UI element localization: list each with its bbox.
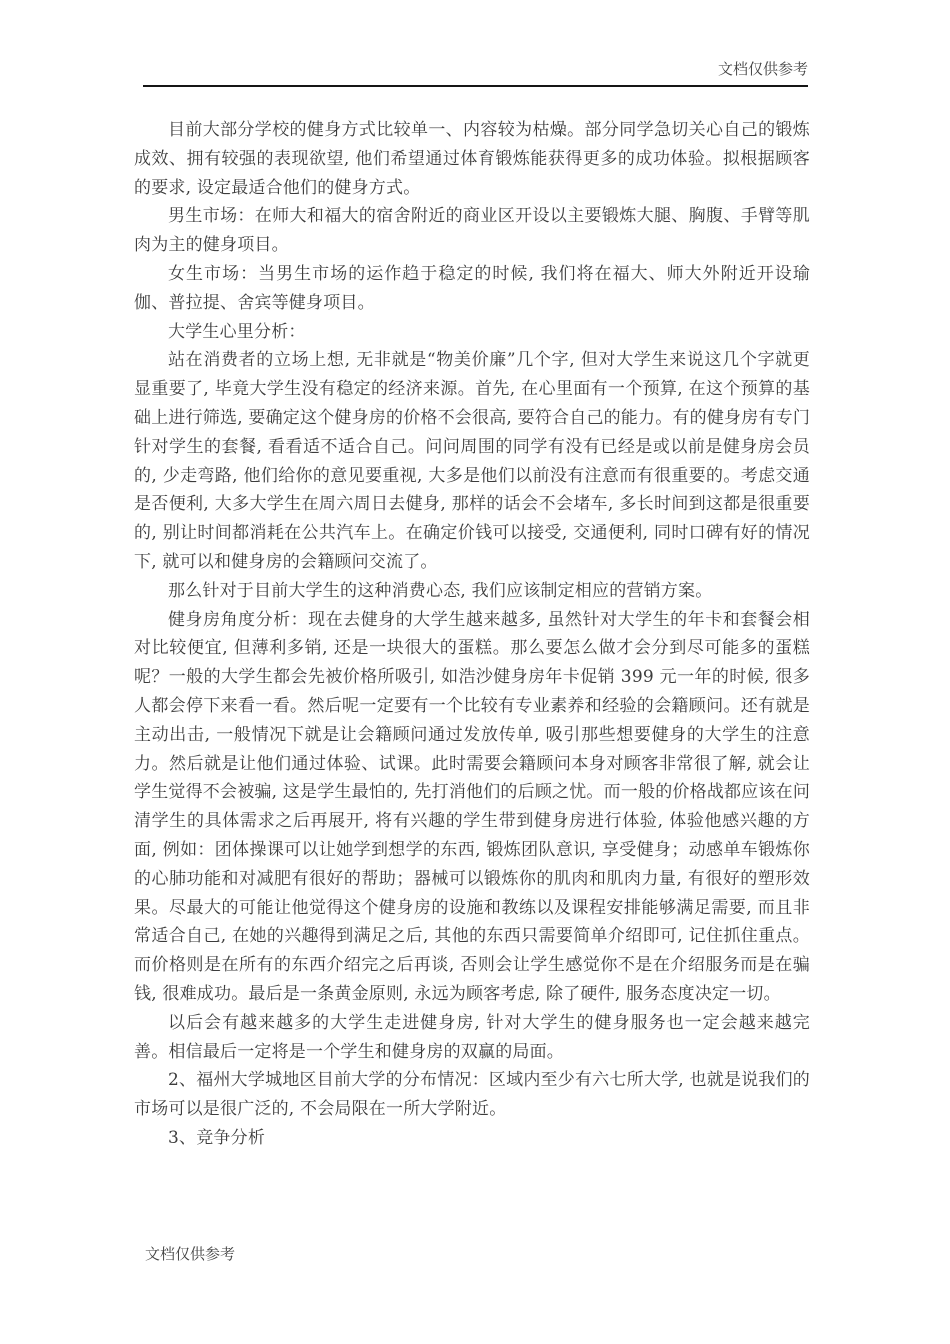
paragraph-student-psychology-heading: 大学生心里分析： (134, 318, 810, 347)
paragraph-competition-analysis-heading: 3、竞争分析 (134, 1124, 810, 1153)
paragraph-intro: 目前大部分学校的健身方式比较单一、内容较为枯燥。部分同学急切关心自己的锻炼成效、… (134, 116, 810, 202)
footer-watermark: 文档仅供参考 (145, 1243, 235, 1265)
paragraph-marketing-plan: 那么针对于目前大学生的这种消费心态, 我们应该制定相应的营销方案。 (134, 577, 810, 606)
paragraph-consumer-perspective: 站在消费者的立场上想, 无非就是“物美价廉”几个字, 但对大学生来说这几个字就更… (134, 346, 810, 576)
header-watermark: 文档仅供参考 (143, 58, 808, 80)
header-rule (143, 85, 808, 87)
document-page: 文档仅供参考 目前大部分学校的健身方式比较单一、内容较为枯燥。部分同学急切关心自… (0, 0, 950, 1344)
paragraph-gym-perspective: 健身房角度分析：现在去健身的大学生越来越多, 虽然针对大学生的年卡和套餐会相对比… (134, 606, 810, 1009)
paragraph-female-market: 女生市场：当男生市场的运作趋于稳定的时候, 我们将在福大、师大外附近开设瑜伽、普… (134, 260, 810, 318)
document-body: 目前大部分学校的健身方式比较单一、内容较为枯燥。部分同学急切关心自己的锻炼成效、… (134, 116, 810, 1153)
paragraph-outlook: 以后会有越来越多的大学生走进健身房, 针对大学生的健身服务也一定会越来越完善。相… (134, 1009, 810, 1067)
paragraph-male-market: 男生市场：在师大和福大的宿舍附近的商业区开设以主要锻炼大腿、胸腹、手臂等肌肉为主… (134, 202, 810, 260)
paragraph-university-distribution: 2、福州大学城地区目前大学的分布情况：区域内至少有六七所大学, 也就是说我们的市… (134, 1066, 810, 1124)
